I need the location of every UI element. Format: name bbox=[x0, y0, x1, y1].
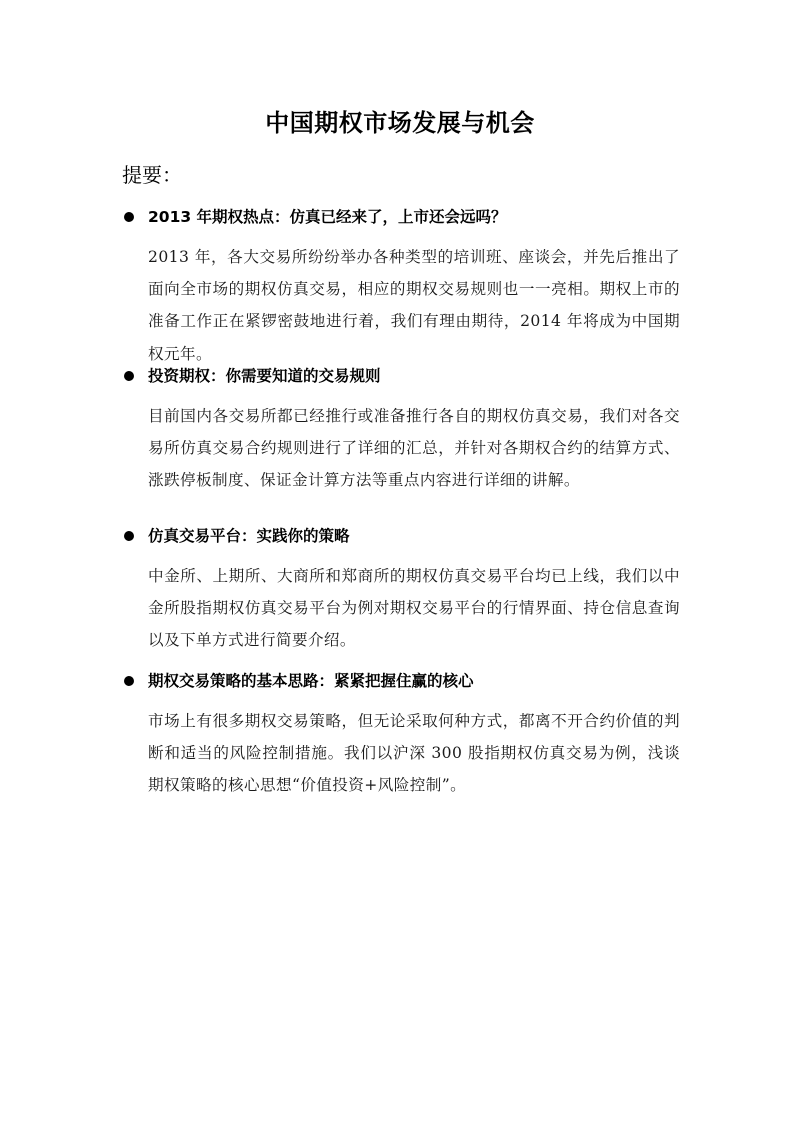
section-title: 投资期权：你需要知道的交易规则 bbox=[148, 364, 381, 386]
bullet-icon bbox=[124, 676, 134, 686]
section-body: 市场上有很多期权交易策略，但无论采取何种方式，都离不开合约价值的判断和适当的风险… bbox=[148, 705, 680, 802]
section-title: 期权交易策略的基本思路：紧紧把握住赢的核心 bbox=[148, 669, 474, 691]
document-title: 中国期权市场发展与机会 bbox=[0, 103, 800, 138]
section-body: 中金所、上期所、大商所和郑商所的期权仿真交易平台均已上线，我们以中金所股指期权仿… bbox=[148, 560, 680, 657]
abstract-section-2: 投资期权：你需要知道的交易规则 目前国内各交易所都已经推行或准备推行各自的期权仿… bbox=[122, 362, 682, 497]
section-body: 2013 年，各大交易所纷纷举办各种类型的培训班、座谈会，并先后推出了面向全市场… bbox=[148, 241, 680, 370]
section-title: 仿真交易平台：实践你的策略 bbox=[148, 524, 350, 546]
bullet-icon bbox=[124, 531, 134, 541]
section-body: 目前国内各交易所都已经推行或准备推行各自的期权仿真交易，我们对各交易所仿真交易合… bbox=[148, 400, 680, 497]
abstract-section-4: 期权交易策略的基本思路：紧紧把握住赢的核心 市场上有很多期权交易策略，但无论采取… bbox=[122, 667, 682, 802]
bullet-icon bbox=[124, 371, 134, 381]
section-title: 2013 年期权热点：仿真已经来了，上市还会远吗？ bbox=[148, 205, 507, 227]
section-header: 期权交易策略的基本思路：紧紧把握住赢的核心 bbox=[122, 667, 682, 697]
document-page: 中国期权市场发展与机会 提要： 2013 年期权热点：仿真已经来了，上市还会远吗… bbox=[0, 0, 800, 1131]
abstract-section-3: 仿真交易平台：实践你的策略 中金所、上期所、大商所和郑商所的期权仿真交易平台均已… bbox=[122, 522, 682, 657]
abstract-heading: 提要： bbox=[122, 159, 182, 188]
section-header: 投资期权：你需要知道的交易规则 bbox=[122, 362, 682, 392]
section-header: 2013 年期权热点：仿真已经来了，上市还会远吗？ bbox=[122, 203, 682, 233]
abstract-section-1: 2013 年期权热点：仿真已经来了，上市还会远吗？ 2013 年，各大交易所纷纷… bbox=[122, 203, 682, 370]
section-header: 仿真交易平台：实践你的策略 bbox=[122, 522, 682, 552]
bullet-icon bbox=[124, 212, 134, 222]
